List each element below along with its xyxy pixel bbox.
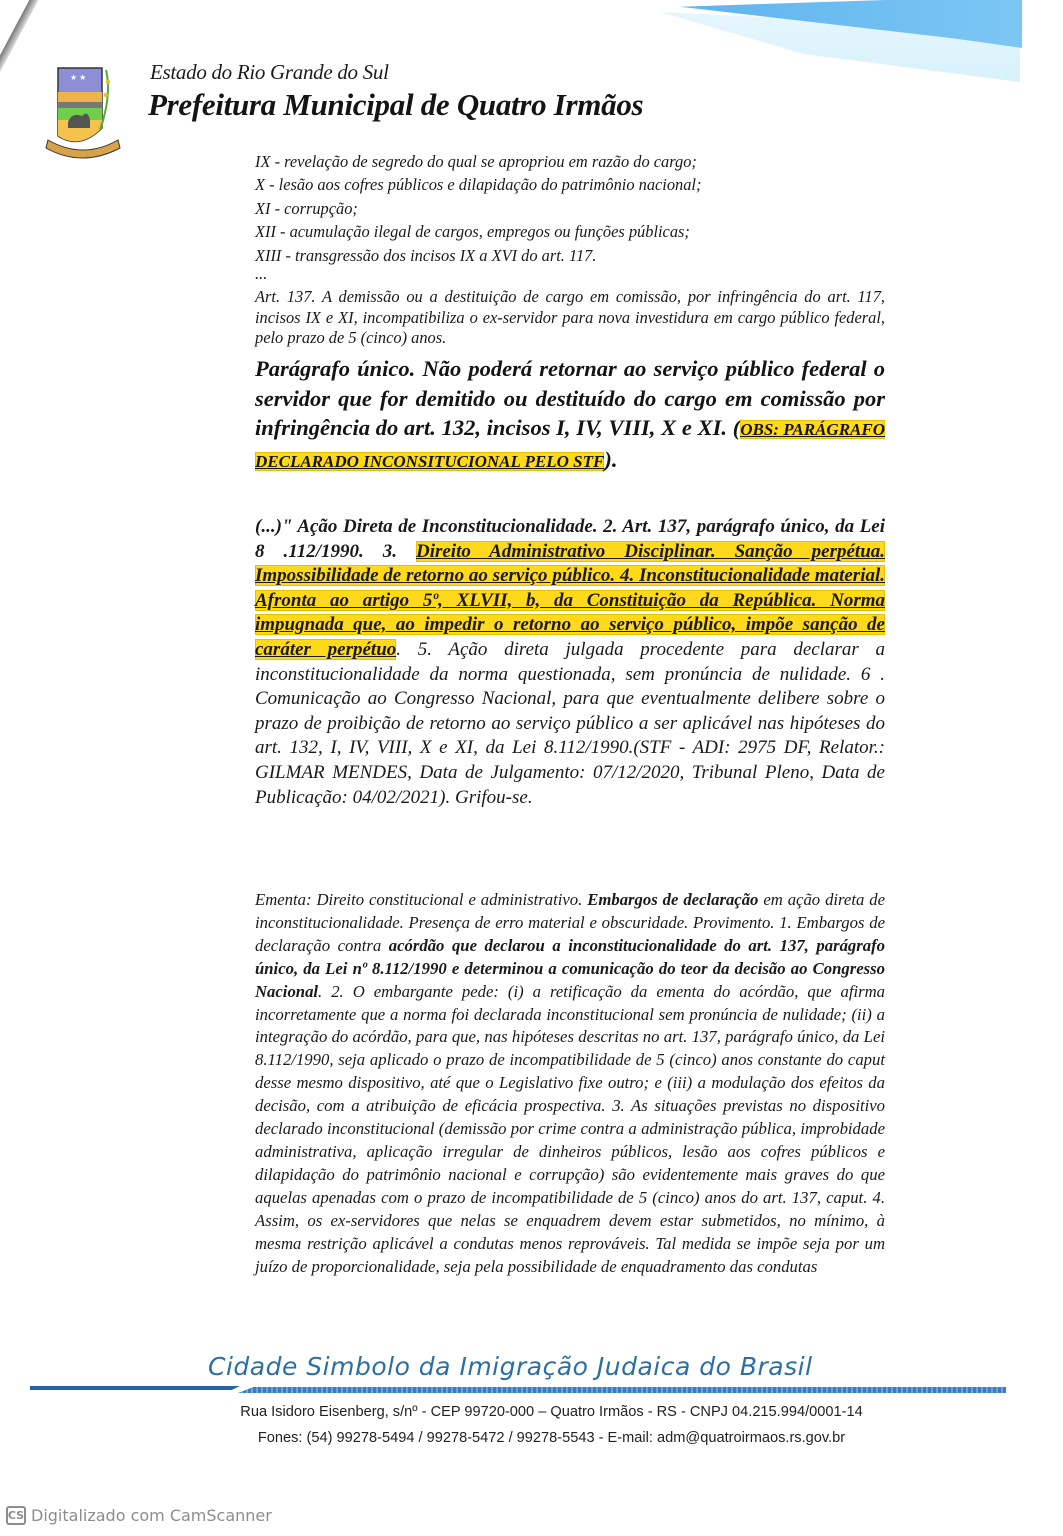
inciso-xi: XI - corrupção; xyxy=(255,197,885,220)
inciso-xiii: XIII - transgressão dos incisos IX a XVI… xyxy=(255,244,885,267)
camscanner-icon: CS xyxy=(6,1506,26,1525)
paragrafo-closing: ). xyxy=(604,447,617,472)
footer-motto: Cidade Simbolo da Imigração Judaica do B… xyxy=(208,1352,813,1381)
ementa-part-3: . 2. O embargante pede: (i) a retificaçã… xyxy=(255,982,885,1276)
inciso-x: X - lesão aos cofres públicos e dilapida… xyxy=(255,173,885,196)
ementa-paragraph: Ementa: Direito constitucional e adminis… xyxy=(255,889,885,1278)
adi-citation: (...)" Ação Direta de Inconstitucionalid… xyxy=(255,515,885,810)
footer-contacts: Fones: (54) 99278-5494 / 99278-5472 / 99… xyxy=(0,1430,1063,1446)
incisos-list: IX - revelação de segredo do qual se apr… xyxy=(255,150,885,281)
inciso-ix: IX - revelação de segredo do qual se apr… xyxy=(255,150,885,173)
ellipsis: ... xyxy=(255,267,885,281)
article-137-paragrafo-unico: Parágrafo único. Não poderá retornar ao … xyxy=(255,354,885,476)
camscanner-watermark: CS Digitalizado com CamScanner xyxy=(6,1506,272,1525)
ementa-bold-1: Embargos de declaração xyxy=(587,890,758,909)
camscanner-text: Digitalizado com CamScanner xyxy=(31,1506,272,1525)
ementa-part-1: Ementa: Direito constitucional e adminis… xyxy=(255,890,587,909)
article-137-caput: Art. 137. A demissão ou a destituição de… xyxy=(255,287,885,349)
footer-rule-right xyxy=(238,1387,1006,1393)
svg-text:★ ★: ★ ★ xyxy=(70,73,86,82)
inciso-xii: XII - acumulação ilegal de cargos, empre… xyxy=(255,220,885,243)
coat-of-arms-icon: ★ ★ xyxy=(40,40,130,165)
header-state-name: Estado do Rio Grande do Sul xyxy=(150,60,389,85)
footer-address: Rua Isidoro Eisenberg, s/nº - CEP 99720-… xyxy=(0,1404,1063,1420)
footer-rule-left xyxy=(30,1386,240,1390)
adi-rest: . 5. Ação direta julgada procedente para… xyxy=(255,639,885,808)
header-municipality-title: Prefeitura Municipal de Quatro Irmãos xyxy=(148,87,643,123)
